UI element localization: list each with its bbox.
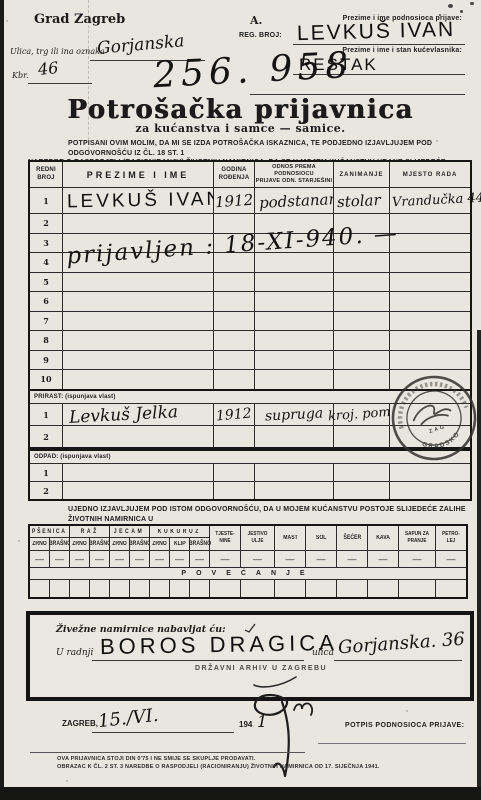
empty-cell [170,580,189,597]
header-godina-rodjenja: GODINA ROĐENJA [214,162,254,187]
cell-workplace [390,234,470,253]
supply-value: — [368,551,398,567]
supply-value: — [90,551,109,567]
cell-name [63,464,213,481]
cell-occupation [334,312,389,331]
shop-street-handwritten: Gorjanska. 36 [337,629,465,659]
header-redni-broj: REDNI BROJ [30,162,62,187]
cell-relation [255,253,333,272]
cell-relation: supruga [255,404,333,425]
col-mast: MAST [275,526,305,550]
row-number: 7 [30,312,62,331]
cell-name [63,214,213,233]
empty-cell [130,580,149,597]
cell-workplace [390,292,470,311]
cell-occupation [334,331,389,350]
rule [334,660,462,661]
cell-workplace [390,312,470,331]
scan-edge-bottom [0,787,481,800]
cell-occupation [334,482,389,499]
supply-value: — [306,551,336,567]
scanned-ration-form: Grad Zagreb A. REG. BROJ: Prezime i ime … [0,0,481,800]
supply-value: — [190,551,209,567]
cell-relation [255,273,333,292]
empty-cell [70,580,89,597]
scan-noise [6,20,8,22]
cell-year: 1912 [214,404,254,425]
shop-name-handwritten: BOROS DRAGICA [100,630,338,660]
cell-year [214,426,254,447]
empty-cell [50,580,69,597]
official-round-stamp: GRADSKO ZAG [390,374,478,462]
row-number: 2 [30,482,62,499]
header-mjesto-rada: MJESTO RADA [390,162,470,187]
supplies-declaration-line1: UJEDNO IZJAVLJUJEM POD ISTOM ODGOVORNOŠĆ… [28,505,474,524]
cell-workplace: Vrandučka 44 [390,188,470,213]
cell-relation: podstanar [255,188,333,213]
cell-occupation [334,292,389,311]
supply-value: — [399,551,435,567]
cell-relation [255,464,333,481]
cell-workplace [390,464,470,481]
row-number: 4 [30,253,62,272]
cell-workplace [390,214,470,233]
stamp-signature-scribble [411,400,452,426]
shop-name-label: U radnji [56,648,93,658]
empty-cell [110,580,129,597]
cell-name [63,312,213,331]
form-section-letter: A. [250,14,262,27]
cell-occupation [334,426,389,447]
signature-rule [318,743,466,744]
empty-cell [150,580,169,597]
subhead: BRAŠNO [190,538,209,550]
cell-relation [255,312,333,331]
rule [293,44,465,45]
cell-year [214,331,254,350]
cell-name [63,273,213,292]
empty-cell [30,580,49,597]
supply-value: — [436,551,466,567]
cell-name: Levkuš Jelka [63,404,213,425]
shop-declaration-box: Živežne namirnice nabavljat ću: U radnji… [26,611,474,701]
rule [92,732,234,733]
row-number: 9 [30,351,62,370]
cell-relation [255,351,333,370]
empty-cell [436,580,466,597]
scan-speck [470,2,474,5]
supply-value: — [70,551,89,567]
cell-name [63,351,213,370]
row-number: 2 [30,426,62,447]
subhead: BRAŠNO [50,538,69,550]
archive-stamp-text: DRŽAVNI ARHIV U ZAGREBU [195,665,327,672]
col-sol: SOL [306,526,336,550]
row-number: 5 [30,273,62,292]
group-psenica: PŠENICA [30,526,69,537]
rule [28,83,92,84]
empty-cell [210,580,240,597]
household-table: REDNI BROJ PREZIME I IME GODINA ROĐENJA … [28,160,472,391]
row-number: 8 [30,331,62,350]
empty-cell [190,580,209,597]
subhead: BRAŠNO [130,538,149,550]
cell-workplace [390,331,470,350]
cell-workplace [390,273,470,292]
empty-cell [368,580,398,597]
group-raz: RAŽ [70,526,109,537]
cell-relation [255,426,333,447]
cell-year [214,273,254,292]
signature-label: POTPIS PODNOSIOCA PRIJAVE: [345,722,464,729]
row-number: 6 [30,292,62,311]
header-zanimanje: ZANIMANJE [334,162,389,187]
cell-name [63,370,213,389]
cell-occupation [334,370,389,389]
supply-value: — [241,551,274,567]
cell-name [63,331,213,350]
applicant-name-handwritten: LEVKUŠ IVAN [297,18,456,46]
year-handwritten: 1 [257,712,267,731]
subhead: ZRNO [150,538,169,550]
cell-name [63,426,213,447]
supply-value: — [110,551,129,567]
cell-name [63,482,213,499]
cell-workplace [390,351,470,370]
cell-occupation [334,253,389,272]
row-number: 1 [30,404,62,425]
reg-number-handwritten: 256. 958 [152,45,354,96]
house-number-handwritten: 46 [37,58,59,79]
cell-name: LEVKUŠ IVAN [63,188,213,213]
cell-occupation: stolar [334,188,389,213]
cell-occupation [334,273,389,292]
cell-workplace [390,253,470,272]
col-secer: ŠEĆER [337,526,367,550]
scan-speck [460,10,463,13]
cell-occupation [334,351,389,370]
group-kukuruz: KUKURUZ [150,526,209,537]
cell-year: 1912 [214,188,254,213]
cell-relation [255,331,333,350]
cell-name [63,292,213,311]
empty-cell [90,580,109,597]
form-subtitle: za kućanstva i samce — samice. [0,122,481,135]
row-number: 1 [30,464,62,481]
empty-cell [399,580,435,597]
supply-value: — [275,551,305,567]
rule [92,660,304,661]
supplies-table: PŠENICA RAŽ JEČAM KUKURUZ TJESTE-NINE JE… [28,524,468,599]
subhead: ZRNO [70,538,89,550]
supply-value: — [30,551,49,567]
row-number: 2 [30,214,62,233]
form-title: Potrošačka prijavnica [0,95,481,125]
col-petrolej: PETRO-LEJ [436,526,466,550]
cell-occupation [334,464,389,481]
supply-value: — [337,551,367,567]
street-label: Ulica, trg ili ina oznaka [10,47,105,56]
row-number: 3 [30,234,62,253]
year-printed: 194 [239,720,252,729]
fine-print-line1: OVA PRIJAVNICA STOJI DIN 0'75 I NE SMIJE… [57,756,256,762]
cell-year [214,370,254,389]
house-number-label: Kbr. [12,71,29,80]
empty-cell [241,580,274,597]
cell-year [214,292,254,311]
empty-cell [306,580,336,597]
supply-value: — [210,551,240,567]
cell-year [214,351,254,370]
shop-street-label: ulica [312,648,334,658]
subhead: ZRNO [110,538,129,550]
col-jestivo-ulje: JESTIVO ULJE [241,526,274,550]
col-sapun: SAPUN ZA PRANJE [399,526,435,550]
place-label: ZAGREB, [62,719,98,728]
stamp-center-text: ZAG [428,424,447,435]
supply-value: — [150,551,169,567]
col-kava: KAVA [368,526,398,550]
subhead: KLIP [170,538,189,550]
header-prezime-ime: PREZIME I IME [63,162,213,187]
supply-value: — [50,551,69,567]
cell-year [214,464,254,481]
subhead: ZRNO [30,538,49,550]
cell-workplace [390,482,470,499]
supply-value: — [170,551,189,567]
cell-year [214,214,254,233]
pen-stroke [252,675,298,691]
city-label: Grad Zagreb [34,12,125,27]
fine-print-line2: OBRAZAC K ČL. 2 ST. 3 NAREDBE O RASPODJE… [57,764,380,770]
cell-occupation: kroj. pom. [334,404,389,425]
date-handwritten: 15./VI. [97,705,159,732]
declaration-line1: POTPISANI OVIM MOLIM, DA MI SE IZDA POTR… [28,139,474,158]
rule [30,752,305,753]
cell-year [214,312,254,331]
row-number: 1 [30,188,62,213]
subhead: BRAŠNO [90,538,109,550]
col-tjestenine: TJESTE-NINE [210,526,240,550]
empty-cell [275,580,305,597]
cell-relation [255,370,333,389]
row-number: 10 [30,370,62,389]
empty-cell [337,580,367,597]
cell-year [214,482,254,499]
cell-relation [255,292,333,311]
group-jecam: JEČAM [110,526,149,537]
reg-number-label: REG. BROJ: [239,32,282,39]
cell-relation [255,482,333,499]
supply-value: — [130,551,149,567]
header-odnos: ODNOS PREMA PODNOSIOCU PRIJAVE ODN. STAR… [255,162,333,187]
scan-speck [448,4,453,8]
povecanje-row: POVEĆANJE [30,568,466,579]
